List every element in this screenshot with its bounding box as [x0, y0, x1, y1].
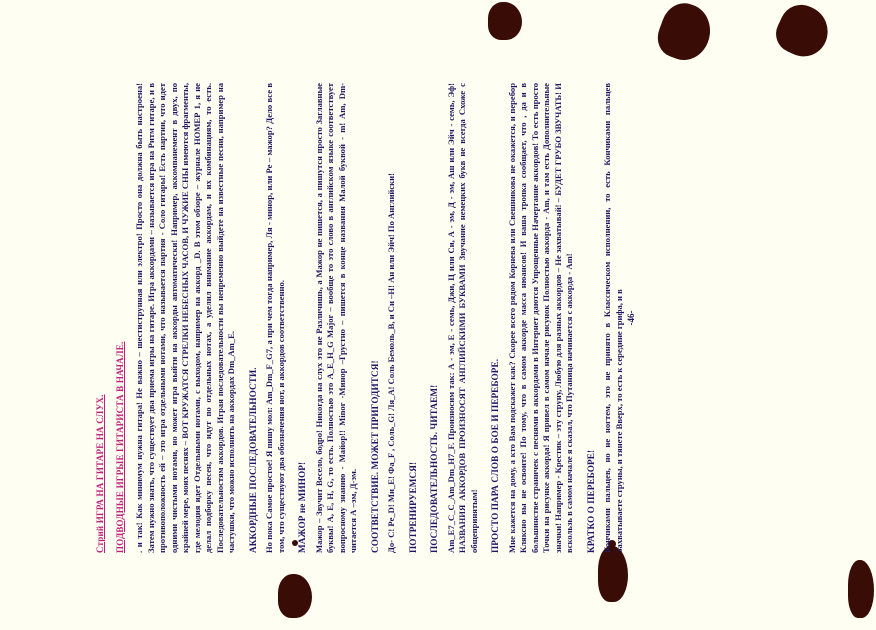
- section-heading: ПОСЛЕДОВАТЕЛЬНОСТЬ. ЧИТАЕМ!: [429, 83, 441, 553]
- section-body: Мажор – Звучит Весело, бодро! Никогда на…: [314, 83, 360, 553]
- intro-paragraph: . и так! Как минимум нужна гитара! Не ва…: [134, 83, 238, 553]
- section-body: Am_E7_C_C_Am_Dm_H7_F. Произносим так: А …: [446, 83, 481, 553]
- scanned-page: Стрий ИГРА НА ГИТАРЕ НА СЛУХ. ПОДВОДНЫЕ …: [0, 0, 876, 630]
- section-heading: МАЖОР не МИНОР!: [297, 83, 309, 553]
- ink-blot: [770, 0, 836, 64]
- ink-blot: [488, 2, 522, 40]
- page-header-subtitle: ПОДВОДНЫЕ ИГРЫЕ ГИТАРИСТА В НАЧАЛЕ.: [115, 83, 127, 553]
- ink-blot: [278, 574, 312, 618]
- section-heading: СООТВЕТСТВИЕ. МОЖЕТ ПРИГОДИТСЯ!: [370, 83, 382, 553]
- document-body: Стрий ИГРА НА ГИТАРЕ НА СЛУХ. ПОДВОДНЫЕ …: [95, 83, 805, 553]
- page-number: -46-: [626, 83, 638, 553]
- section-heading: ПРОСТО ПАРА СЛОВ О БОЕ И ПЕРЕБОРЕ.: [490, 83, 502, 553]
- ink-blot: [598, 546, 628, 602]
- section-heading: ПОТРЕНИРУЕМСЯ!: [408, 83, 420, 553]
- page-header-title: Стрий ИГРА НА ГИТАРЕ НА СЛУХ.: [95, 83, 107, 553]
- section-heading: АККОРДНЫЕ ПОСЛЕДОВАТЕЛЬНОСТИ.: [248, 83, 260, 553]
- section-heading: КРАТКО О ПЕРЕБОРЕ!: [586, 83, 598, 553]
- section-body: Мне кажется на дому, а кто Вам подскажет…: [507, 83, 576, 553]
- section-body: Но пока Самое простое! Я пишу мол: Am_Dm…: [264, 83, 287, 553]
- ink-blot: [848, 560, 874, 618]
- section-body: Кончиками пальцев, но не ногтем, это не …: [602, 83, 625, 553]
- ink-blot: [652, 0, 718, 67]
- section-body: До- C! Ре_D! Ми_E! Фа_F , Соль_G! Ля_A! …: [386, 83, 398, 553]
